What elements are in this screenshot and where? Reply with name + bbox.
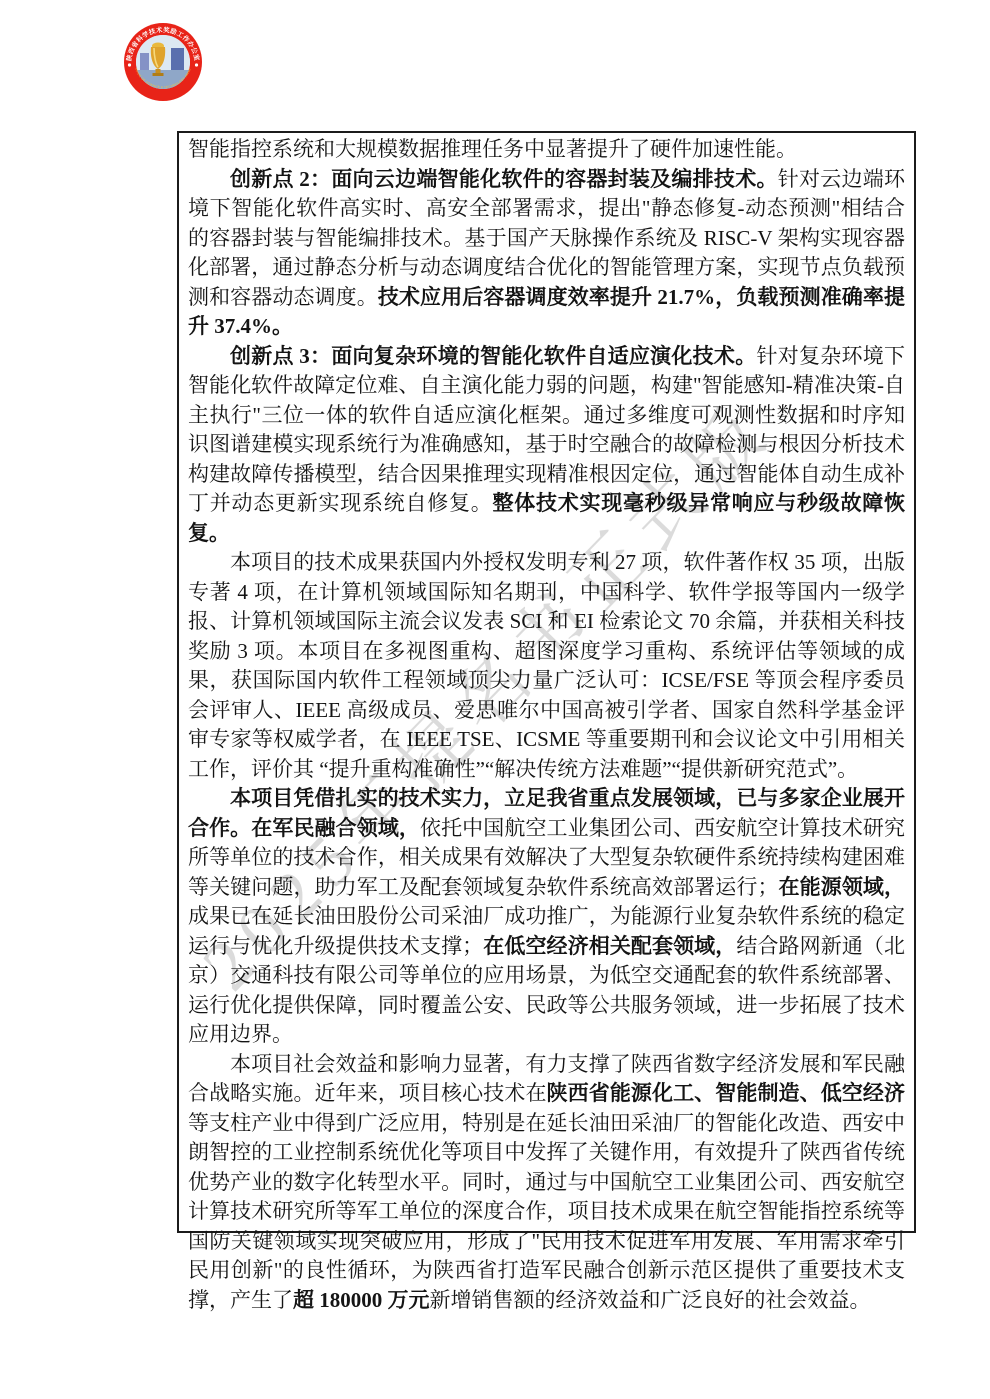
paragraph: 智能指控系统和大规模数据推理任务中显著提升了硬件加速性能。 bbox=[188, 135, 905, 165]
text-run: 新增销售额的经济效益和广泛良好的社会效益。 bbox=[430, 1288, 871, 1312]
paragraph: 本项目社会效益和影响力显著，有力支撑了陕西省数字经济发展和军民融合战略实施。近年… bbox=[188, 1050, 905, 1316]
bold-run: 超 180000 万元 bbox=[293, 1288, 430, 1312]
bold-run: 创新点 3：面向复杂环境的智能化软件自适应演化技术。 bbox=[230, 344, 756, 368]
seal-graphic: 陕西省科学技术奖励工作办公室 OFFICE OF SCIENCE & TECHN… bbox=[123, 22, 203, 102]
text-run: 智能指控系统和大规模数据推理任务中显著提升了硬件加速性能。 bbox=[188, 137, 797, 161]
page: { "page": { "watermark": "2025年提名书正式版" }… bbox=[0, 0, 990, 1399]
award-office-seal: 陕西省科学技术奖励工作办公室 OFFICE OF SCIENCE & TECHN… bbox=[123, 22, 203, 102]
bold-run: 创新点 2：面向云边端智能化软件的容器封装及编排技术。 bbox=[230, 167, 778, 191]
body-text: 智能指控系统和大规模数据推理任务中显著提升了硬件加速性能。创新点 2：面向云边端… bbox=[188, 135, 905, 1315]
text-run: 等支柱产业中得到广泛应用，特别是在延长油田采油厂的智能化改造、西安中朗智控的工业… bbox=[188, 1111, 905, 1312]
text-run: 本项目的技术成果获国内外授权发明专利 27 项，软件著作权 35 项，出版专著 … bbox=[188, 550, 905, 781]
paragraph: 创新点 3：面向复杂环境的智能化软件自适应演化技术。针对复杂环境下智能化软件故障… bbox=[188, 342, 905, 549]
paragraph: 创新点 2：面向云边端智能化软件的容器封装及编排技术。针对云边端环境下智能化软件… bbox=[188, 165, 905, 342]
table-cell-project-description: 智能指控系统和大规模数据推理任务中显著提升了硬件加速性能。创新点 2：面向云边端… bbox=[177, 131, 916, 1233]
bold-run: 在低空经济相关配套领域， bbox=[483, 934, 736, 958]
paragraph: 本项目的技术成果获国内外授权发明专利 27 项，软件著作权 35 项，出版专著 … bbox=[188, 548, 905, 784]
bold-run: 陕西省能源化工、智能制造、低空经济 bbox=[547, 1081, 905, 1105]
text-run: 针对复杂环境下智能化软件故障定位难、自主演化能力弱的问题，构建"智能感知-精准决… bbox=[188, 344, 905, 516]
paragraph: 本项目凭借扎实的技术实力，立足我省重点发展领域，已与多家企业展开合作。在军民融合… bbox=[188, 784, 905, 1050]
bold-run: 在能源领域， bbox=[778, 875, 905, 899]
